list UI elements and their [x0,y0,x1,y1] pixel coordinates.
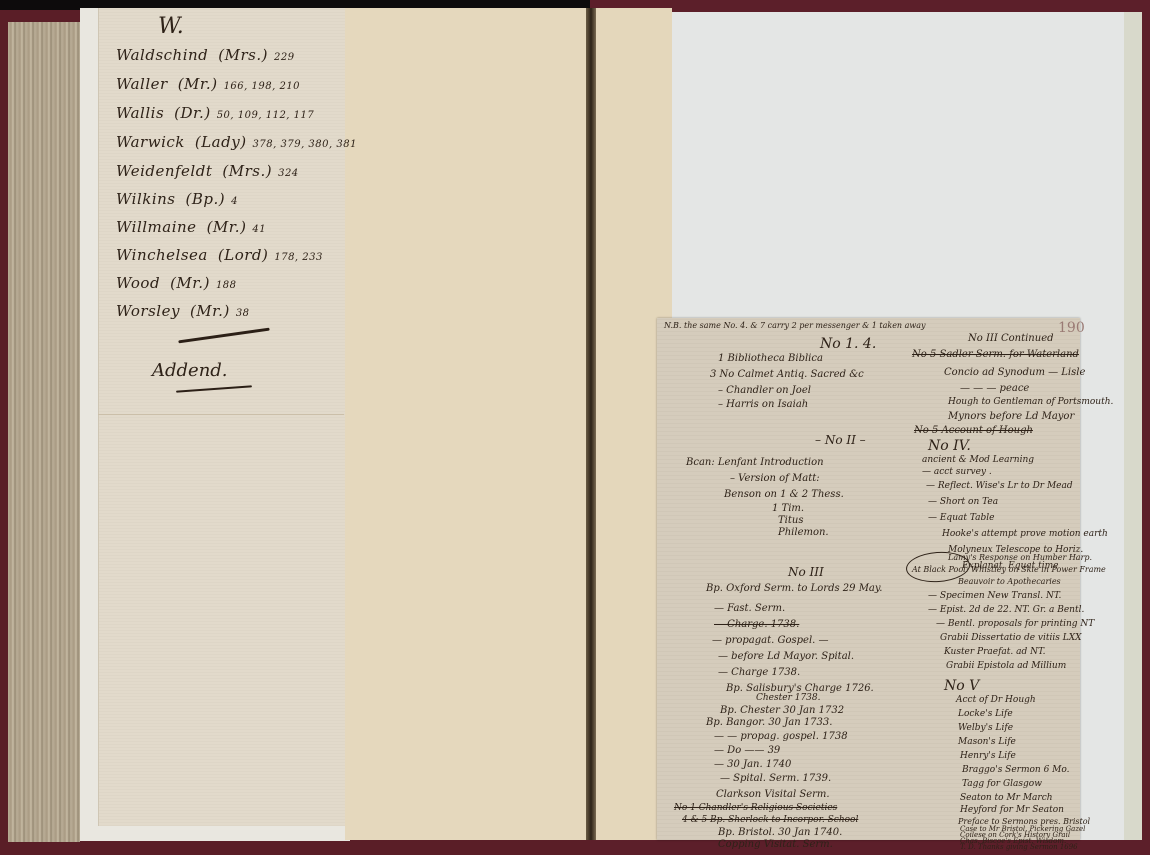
section-heading: No III [788,565,824,579]
line: 3 No Calmet Antiq. Sacred &c [710,370,864,380]
section-heading: No V [944,678,979,694]
page-block-edge [8,22,80,842]
line: Bp. Oxford Serm. to Lords 29 May. [706,584,882,594]
entry-name: Waller [116,75,168,93]
entry-pages: 166, 198, 210 [224,81,300,92]
entry-pages: 178, 233 [274,252,323,263]
entry-name: Willmaine [116,218,197,236]
line: Kuster Praefat. ad NT. [944,648,1046,657]
entry-title: (Mrs.) [222,162,272,180]
line: Bp. Bristol. 30 Jan 1740. [718,828,842,838]
line: — Reflect. Wise's Lr to Dr Mead [926,482,1073,491]
entry-name: Winchelsea [116,246,208,264]
entry-title: (Mr.) [178,75,218,93]
entry-title: (Lord) [218,246,268,264]
line: T. D. Thanks giving Sermon 1696 [960,844,1078,851]
line: — acct survey . [922,468,992,477]
index-entry: Warwick(Lady)378, 379, 380, 381 [116,133,357,151]
index-entry: Waldschind(Mrs.)229 [116,46,295,64]
folio-number: 190 [1058,320,1085,336]
mounting-sheet-edge [1124,12,1142,840]
line-struck: No 5 Account of Hough [914,426,1033,436]
line: Titus [778,516,803,526]
index-entry: Waller(Mr.)166, 198, 210 [116,75,300,93]
line: Mynors before Ld Mayor [948,412,1074,422]
line: Bcan: Lenfant Introduction [686,458,824,468]
entry-pages: 41 [252,224,266,235]
line: – Chandler on Joel [718,386,811,396]
line: 1 Bibliotheca Biblica [718,354,823,364]
line: Braggo's Sermon 6 Mo. [962,766,1070,775]
index-heading: W. [158,14,184,39]
guard-sheet-left [345,8,588,840]
entry-name: Wilkins [116,190,176,208]
section-heading: No 1. 4. [820,336,876,352]
entry-pages: 324 [278,168,299,179]
line: Hough to Gentleman of Portsmouth. [948,398,1113,407]
line: — Equat Table [928,514,994,523]
index-entry: Winchelsea(Lord)178, 233 [116,246,323,264]
line: – Version of Matt: [730,474,820,484]
line-struck: — Charge. 1738. [714,620,799,630]
line: Locke's Life [958,710,1013,719]
index-entry: Willmaine(Mr.)41 [116,218,266,236]
page-fold [98,414,344,415]
entry-title: (Dr.) [174,104,211,122]
entry-pages: 378, 379, 380, 381 [253,139,357,150]
line: Copping Visitat. Serm. [718,840,833,850]
line: Mason's Life [958,738,1016,747]
line-struck: No 1 Chandler's Religious Societies [674,804,837,813]
line: Seaton to Mr March [960,794,1053,803]
index-entry: Wilkins(Bp.)4 [116,190,238,208]
index-page [98,8,345,826]
line: At Black Pool: Whistley on Skie in Power… [912,566,1106,574]
line: Grabii Epistola ad Millium [946,662,1066,671]
line: — — — peace [960,384,1029,394]
line: Welby's Life [958,724,1013,733]
line: Bp. Bangor. 30 Jan 1733. [706,718,832,728]
entry-pages: 188 [216,280,237,291]
line: Bp. Chester 30 Jan 1732 [720,706,844,716]
line: Philemon. [778,528,829,538]
line: – Harris on Isaiah [718,400,808,410]
line: — propagat. Gospel. — [712,636,829,646]
entry-title: (Mr.) [190,302,230,320]
line: ancient & Mod Learning [922,456,1034,465]
line: Acct of Dr Hough [956,696,1036,705]
line: — Spital. Serm. 1739. [720,774,831,784]
line: — — propag. gospel. 1738 [714,732,848,742]
line: — before Ld Mayor. Spital. [718,652,854,662]
entry-title: (Mr.) [170,274,210,292]
line: — Charge 1738. [718,668,800,678]
line: — Specimen New Transl. NT. [928,592,1061,601]
line-struck: No 5 Sadler Serm. for Waterland [912,350,1079,360]
line-struck: 4 & 5 Bp. Sherlock to Incorpor. School [682,816,858,825]
line: 1 Tim. [772,504,804,514]
line: — Bentl. proposals for printing NT [936,620,1094,629]
line: Lamy's Response on Humber Harp. [948,554,1092,562]
index-entry: Wallis(Dr.)50, 109, 112, 117 [116,104,314,122]
line: Concio ad Synodum — Lisle [944,368,1085,378]
line: — Short on Tea [928,498,998,507]
entry-pages: 50, 109, 112, 117 [217,110,315,121]
entry-name: Wallis [116,104,164,122]
line: Henry's Life [960,752,1016,761]
entry-pages: 229 [274,52,295,63]
line: Grabii Dissertatio de vitiis LXX [940,634,1082,643]
line: — 30 Jan. 1740 [714,760,791,770]
index-entry: Weidenfeldt(Mrs.)324 [116,162,299,180]
entry-title: (Mr.) [207,218,247,236]
entry-title: (Mrs.) [218,46,268,64]
section-heading: No IV. [928,438,971,454]
line: Hooke's attempt prove motion earth [942,530,1108,539]
line: Beauvoir to Apothecaries [958,578,1061,586]
entry-name: Warwick [116,133,185,151]
entry-pages: 38 [236,308,250,319]
line: Clarkson Visital Serm. [716,790,830,800]
entry-name: Waldschind [116,46,208,64]
line: Benson on 1 & 2 Thess. [724,490,844,500]
line: — Fast. Serm. [714,604,785,614]
section-heading: No III Continued [968,334,1054,344]
entry-pages: 4 [231,196,238,207]
top-note: N.B. the same No. 4. & 7 carry 2 per mes… [664,322,926,330]
index-entry: Worsley(Mr.)38 [116,302,250,320]
line: Heyford for Mr Seaton [960,806,1064,815]
section-heading: – No II – [815,433,866,447]
entry-title: (Bp.) [186,190,226,208]
line: — Epist. 2d de 22. NT. Gr. a Bentl. [928,606,1084,615]
line: Tagg for Glasgow [962,780,1042,789]
entry-title: (Lady) [195,133,247,151]
line: Chester 1738. [756,694,821,703]
gutter [586,8,596,840]
entry-name: Wood [116,274,160,292]
addenda-label: Addend. [152,360,228,381]
entry-name: Weidenfeldt [116,162,212,180]
line: — Do —— 39 [714,746,780,756]
index-entry: Wood(Mr.)188 [116,274,237,292]
entry-name: Worsley [116,302,180,320]
